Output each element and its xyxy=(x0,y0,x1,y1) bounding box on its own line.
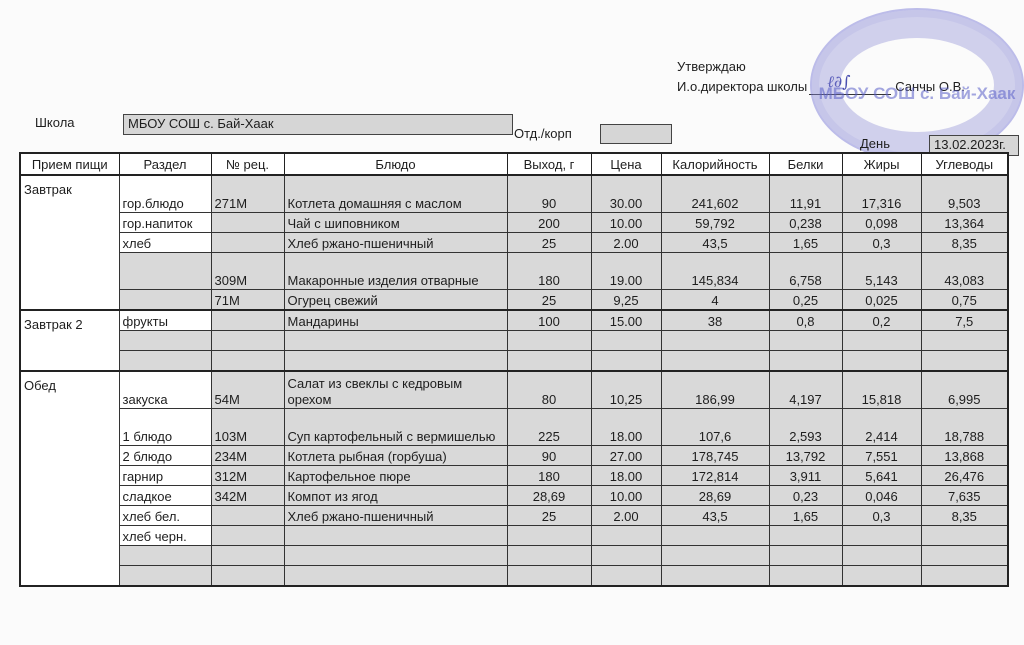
signature-field: ℓ∂∫ xyxy=(809,80,891,95)
table-row: Завтрак 2фруктыМандарины10015.00380,80,2… xyxy=(20,310,1008,331)
recipe-cell: 103М xyxy=(211,409,284,446)
kcal-cell: 241,602 xyxy=(661,175,769,213)
price-cell: 18.00 xyxy=(591,409,661,446)
school-label: Школа xyxy=(35,115,75,130)
section-cell: гор.напиток xyxy=(119,213,211,233)
col-carbs: Углеводы xyxy=(921,153,1008,175)
kcal-cell: 38 xyxy=(661,310,769,331)
recipe-cell xyxy=(211,526,284,546)
yield-cell: 200 xyxy=(507,213,591,233)
dish-cell: Макаронные изделия отварные xyxy=(284,253,507,290)
section-cell: закуска xyxy=(119,371,211,409)
director-position: И.о.директора школы xyxy=(677,77,807,97)
fat-cell: 17,316 xyxy=(842,175,921,213)
yield-cell xyxy=(507,546,591,566)
carbs-cell: 18,788 xyxy=(921,409,1008,446)
menu-table: Прием пищи Раздел № рец. Блюдо Выход, г … xyxy=(19,152,1009,587)
kcal-cell: 172,814 xyxy=(661,466,769,486)
yield-cell xyxy=(507,331,591,351)
dish-cell: Котлета рыбная (горбуша) xyxy=(284,446,507,466)
carbs-cell: 6,995 xyxy=(921,371,1008,409)
yield-cell: 25 xyxy=(507,290,591,311)
price-cell: 2.00 xyxy=(591,233,661,253)
carbs-cell: 8,35 xyxy=(921,233,1008,253)
recipe-cell: 54М xyxy=(211,371,284,409)
yield-cell: 225 xyxy=(507,409,591,446)
table-row: гор.напитокЧай с шиповником20010.0059,79… xyxy=(20,213,1008,233)
price-cell: 27.00 xyxy=(591,446,661,466)
section-cell xyxy=(119,253,211,290)
price-cell: 2.00 xyxy=(591,506,661,526)
price-cell: 15.00 xyxy=(591,310,661,331)
section-cell xyxy=(119,546,211,566)
protein-cell: 1,65 xyxy=(769,233,842,253)
section-cell: гор.блюдо xyxy=(119,175,211,213)
fat-cell xyxy=(842,526,921,546)
dish-cell: Салат из свеклы с кедровым орехом xyxy=(284,371,507,409)
kcal-cell: 43,5 xyxy=(661,233,769,253)
recipe-cell: 234М xyxy=(211,446,284,466)
yield-cell xyxy=(507,526,591,546)
section-cell: 1 блюдо xyxy=(119,409,211,446)
fat-cell xyxy=(842,351,921,372)
meal-cell: Завтрак xyxy=(20,175,119,310)
protein-cell: 3,911 xyxy=(769,466,842,486)
price-cell xyxy=(591,526,661,546)
recipe-cell xyxy=(211,331,284,351)
recipe-cell xyxy=(211,213,284,233)
dish-cell xyxy=(284,331,507,351)
section-cell: хлеб xyxy=(119,233,211,253)
protein-cell: 11,91 xyxy=(769,175,842,213)
dish-cell: Компот из ягод xyxy=(284,486,507,506)
col-meal: Прием пищи xyxy=(20,153,119,175)
section-cell: фрукты xyxy=(119,310,211,331)
protein-cell: 2,593 xyxy=(769,409,842,446)
protein-cell: 4,197 xyxy=(769,371,842,409)
table-row xyxy=(20,546,1008,566)
dept-label: Отд./корп xyxy=(514,126,572,141)
kcal-cell xyxy=(661,566,769,587)
yield-cell xyxy=(507,351,591,372)
table-row: сладкое342МКомпот из ягод28,6910.0028,69… xyxy=(20,486,1008,506)
table-row xyxy=(20,351,1008,372)
dish-cell xyxy=(284,546,507,566)
table-row: гарнир312МКартофельное пюре18018.00172,8… xyxy=(20,466,1008,486)
dept-field xyxy=(600,124,672,144)
dish-cell: Хлеб ржано-пшеничный xyxy=(284,506,507,526)
signature-mark-icon: ℓ∂∫ xyxy=(827,72,850,92)
fat-cell: 0,098 xyxy=(842,213,921,233)
protein-cell: 1,65 xyxy=(769,506,842,526)
approval-block: Утверждаю И.о.директора школы ℓ∂∫ Санчы … xyxy=(677,57,965,97)
yield-cell: 25 xyxy=(507,506,591,526)
col-section: Раздел xyxy=(119,153,211,175)
fat-cell: 5,143 xyxy=(842,253,921,290)
col-yield: Выход, г xyxy=(507,153,591,175)
dish-cell: Картофельное пюре xyxy=(284,466,507,486)
price-cell: 19.00 xyxy=(591,253,661,290)
section-cell: 2 блюдо xyxy=(119,446,211,466)
approve-label: Утверждаю xyxy=(677,57,965,77)
section-cell xyxy=(119,331,211,351)
recipe-cell: 342М xyxy=(211,486,284,506)
kcal-cell xyxy=(661,546,769,566)
table-row xyxy=(20,566,1008,587)
yield-cell: 80 xyxy=(507,371,591,409)
col-protein: Белки xyxy=(769,153,842,175)
protein-cell: 6,758 xyxy=(769,253,842,290)
col-kcal: Калорийность xyxy=(661,153,769,175)
signature-line: И.о.директора школы ℓ∂∫ Санчы О.В. xyxy=(677,77,965,97)
protein-cell: 0,23 xyxy=(769,486,842,506)
table-body: Завтракгор.блюдо271МКотлета домашняя с м… xyxy=(20,175,1008,586)
yield-cell: 180 xyxy=(507,466,591,486)
price-cell: 10,25 xyxy=(591,371,661,409)
recipe-cell xyxy=(211,233,284,253)
protein-cell: 0,25 xyxy=(769,290,842,311)
recipe-cell xyxy=(211,546,284,566)
fat-cell: 0,2 xyxy=(842,310,921,331)
protein-cell: 0,8 xyxy=(769,310,842,331)
yield-cell: 28,69 xyxy=(507,486,591,506)
col-fat: Жиры xyxy=(842,153,921,175)
col-dish: Блюдо xyxy=(284,153,507,175)
recipe-cell: 312М xyxy=(211,466,284,486)
price-cell xyxy=(591,546,661,566)
protein-cell xyxy=(769,351,842,372)
section-cell: хлеб бел. xyxy=(119,506,211,526)
dish-cell: Суп картофельный с вермишелью xyxy=(284,409,507,446)
fat-cell: 0,3 xyxy=(842,233,921,253)
price-cell: 10.00 xyxy=(591,486,661,506)
kcal-cell: 107,6 xyxy=(661,409,769,446)
table-row: 71МОгурец свежий259,2540,250,0250,75 xyxy=(20,290,1008,311)
kcal-cell: 59,792 xyxy=(661,213,769,233)
kcal-cell: 186,99 xyxy=(661,371,769,409)
table-row: хлеб бел.Хлеб ржано-пшеничный252.0043,51… xyxy=(20,506,1008,526)
yield-cell: 90 xyxy=(507,446,591,466)
carbs-cell: 13,868 xyxy=(921,446,1008,466)
col-price: Цена xyxy=(591,153,661,175)
price-cell: 30.00 xyxy=(591,175,661,213)
recipe-cell xyxy=(211,310,284,331)
school-field: МБОУ СОШ с. Бай-Хаак xyxy=(123,114,513,135)
section-cell xyxy=(119,351,211,372)
section-cell xyxy=(119,566,211,587)
yield-cell xyxy=(507,566,591,587)
table-row: 2 блюдо234МКотлета рыбная (горбуша)9027.… xyxy=(20,446,1008,466)
fat-cell xyxy=(842,331,921,351)
price-cell: 9,25 xyxy=(591,290,661,311)
yield-cell: 90 xyxy=(507,175,591,213)
kcal-cell: 145,834 xyxy=(661,253,769,290)
price-cell xyxy=(591,351,661,372)
protein-cell xyxy=(769,526,842,546)
fat-cell: 15,818 xyxy=(842,371,921,409)
section-cell xyxy=(119,290,211,311)
dish-cell xyxy=(284,351,507,372)
yield-cell: 25 xyxy=(507,233,591,253)
section-cell: сладкое xyxy=(119,486,211,506)
carbs-cell xyxy=(921,331,1008,351)
recipe-cell: 71М xyxy=(211,290,284,311)
recipe-cell: 271М xyxy=(211,175,284,213)
dish-cell xyxy=(284,526,507,546)
dish-cell xyxy=(284,566,507,587)
kcal-cell xyxy=(661,351,769,372)
protein-cell xyxy=(769,331,842,351)
table-header-row: Прием пищи Раздел № рец. Блюдо Выход, г … xyxy=(20,153,1008,175)
carbs-cell xyxy=(921,526,1008,546)
kcal-cell xyxy=(661,331,769,351)
table-row: Завтракгор.блюдо271МКотлета домашняя с м… xyxy=(20,175,1008,213)
kcal-cell: 178,745 xyxy=(661,446,769,466)
price-cell: 18.00 xyxy=(591,466,661,486)
dish-cell: Огурец свежий xyxy=(284,290,507,311)
dish-cell: Хлеб ржано-пшеничный xyxy=(284,233,507,253)
fat-cell: 5,641 xyxy=(842,466,921,486)
section-cell: хлеб черн. xyxy=(119,526,211,546)
day-label: День xyxy=(860,136,890,151)
recipe-cell xyxy=(211,506,284,526)
recipe-cell xyxy=(211,351,284,372)
carbs-cell: 26,476 xyxy=(921,466,1008,486)
price-cell: 10.00 xyxy=(591,213,661,233)
fat-cell: 2,414 xyxy=(842,409,921,446)
recipe-cell: 309М xyxy=(211,253,284,290)
table-row: 309ММакаронные изделия отварные18019.001… xyxy=(20,253,1008,290)
fat-cell: 0,025 xyxy=(842,290,921,311)
fat-cell: 0,046 xyxy=(842,486,921,506)
price-cell xyxy=(591,331,661,351)
table-row: хлеб черн. xyxy=(20,526,1008,546)
yield-cell: 180 xyxy=(507,253,591,290)
kcal-cell: 4 xyxy=(661,290,769,311)
carbs-cell xyxy=(921,351,1008,372)
yield-cell: 100 xyxy=(507,310,591,331)
col-recipe: № рец. xyxy=(211,153,284,175)
fat-cell xyxy=(842,546,921,566)
carbs-cell: 13,364 xyxy=(921,213,1008,233)
carbs-cell: 9,503 xyxy=(921,175,1008,213)
table-row xyxy=(20,331,1008,351)
director-name: Санчы О.В. xyxy=(895,77,965,97)
carbs-cell: 8,35 xyxy=(921,506,1008,526)
kcal-cell: 43,5 xyxy=(661,506,769,526)
dish-cell: Котлета домашняя с маслом xyxy=(284,175,507,213)
carbs-cell: 7,635 xyxy=(921,486,1008,506)
table-row: Обедзакуска54МСалат из свеклы с кедровым… xyxy=(20,371,1008,409)
carbs-cell: 7,5 xyxy=(921,310,1008,331)
protein-cell: 0,238 xyxy=(769,213,842,233)
protein-cell xyxy=(769,566,842,587)
protein-cell: 13,792 xyxy=(769,446,842,466)
kcal-cell xyxy=(661,526,769,546)
carbs-cell: 0,75 xyxy=(921,290,1008,311)
meal-cell: Обед xyxy=(20,371,119,586)
section-cell: гарнир xyxy=(119,466,211,486)
recipe-cell xyxy=(211,566,284,587)
kcal-cell: 28,69 xyxy=(661,486,769,506)
dish-cell: Мандарины xyxy=(284,310,507,331)
table-row: 1 блюдо103МСуп картофельный с вермишелью… xyxy=(20,409,1008,446)
protein-cell xyxy=(769,546,842,566)
fat-cell: 0,3 xyxy=(842,506,921,526)
fat-cell: 7,551 xyxy=(842,446,921,466)
meal-cell: Завтрак 2 xyxy=(20,310,119,371)
table-row: хлебХлеб ржано-пшеничный252.0043,51,650,… xyxy=(20,233,1008,253)
price-cell xyxy=(591,566,661,587)
carbs-cell xyxy=(921,566,1008,587)
carbs-cell xyxy=(921,546,1008,566)
carbs-cell: 43,083 xyxy=(921,253,1008,290)
dish-cell: Чай с шиповником xyxy=(284,213,507,233)
fat-cell xyxy=(842,566,921,587)
